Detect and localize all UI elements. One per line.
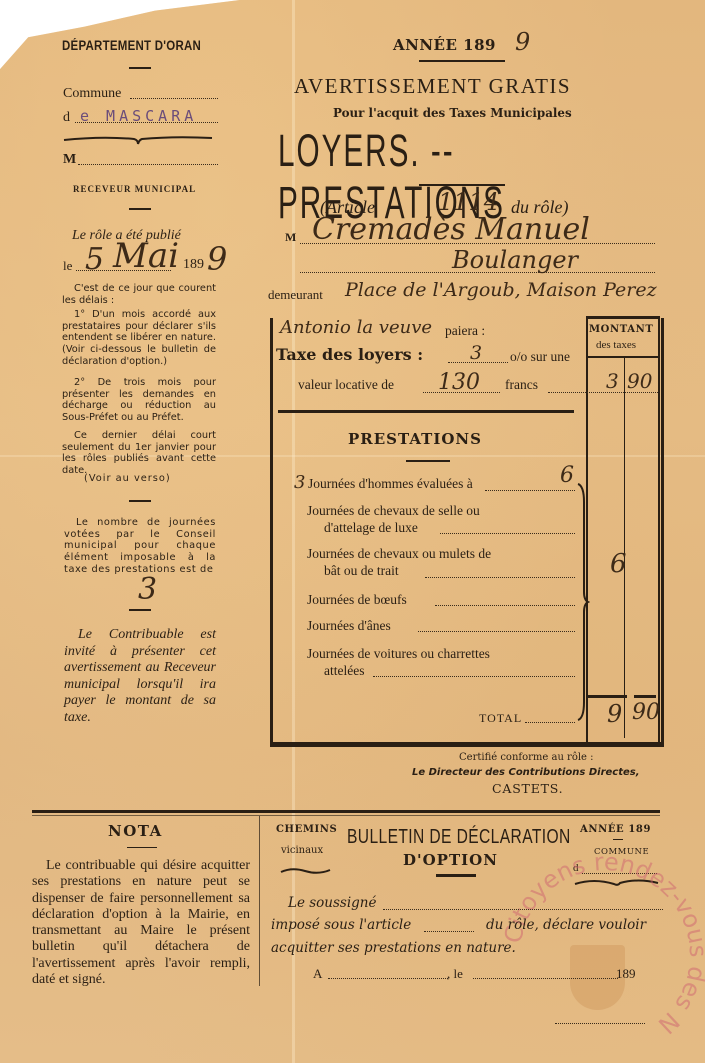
detach-rule: [32, 810, 660, 813]
loyers-amount-francs: 3: [606, 369, 619, 393]
vicinaux-label: vicinaux: [281, 845, 323, 856]
commune-line: [130, 98, 218, 99]
divider: [406, 460, 450, 462]
journees-text: Le nombre de journées votées par le Cons…: [64, 517, 216, 576]
date-line[interactable]: [473, 978, 618, 979]
address-handwritten: Place de l'Argoub, Maison Perez: [345, 279, 657, 301]
loyers-amount-centimes: 90: [627, 369, 652, 393]
total-rule-francs: [586, 695, 627, 698]
contribuable-notice: Le Contribuable est invité à présenter c…: [64, 627, 216, 726]
commune-prefix: d: [63, 110, 70, 126]
avertissement-subtitle: Pour l'acquit des Taxes Municipales: [333, 105, 572, 120]
row-3-dots: [435, 605, 575, 606]
total-centimes-handwritten: 90: [632, 700, 660, 725]
prestations-bracket: [576, 482, 590, 722]
divider: [419, 184, 505, 186]
brace-ornament: [62, 134, 214, 146]
montant-top-rule: [586, 316, 660, 319]
taxpayer-name-handwritten: Cremadès Manuel: [312, 212, 590, 247]
avertissement-title: AVERTISSEMENT GRATIS: [294, 74, 571, 99]
a-label: A: [313, 966, 322, 982]
francs-label: francs: [505, 377, 538, 393]
row-2-label-line2: bât ou de trait: [324, 563, 399, 579]
montant-header: MONTANT: [589, 324, 653, 335]
bulletin-annee-label: ANNÉE 189: [580, 824, 651, 835]
divider: [129, 67, 151, 69]
row-0-rate-handwritten: 6: [560, 463, 574, 488]
divider: [129, 208, 151, 210]
divider: [127, 847, 157, 848]
taxe-loyers-label: Taxe des loyers :: [276, 345, 423, 364]
profession-handwritten: Boulanger: [452, 246, 578, 274]
publish-day-handwritten: 5: [85, 242, 104, 277]
nota-body: Le contribuable qui désire acquitter ses…: [32, 858, 250, 988]
journees-value-handwritten: 3: [138, 572, 157, 607]
row-3-label: Journées de bœufs: [307, 592, 407, 608]
soussigne-line[interactable]: [383, 909, 663, 910]
total-francs-handwritten: 9: [607, 700, 622, 728]
taxe-rate-suffix: o/o sur une: [510, 349, 570, 365]
prestations-title: PRESTATIONS: [348, 430, 482, 448]
bulletin-title: BULLETIN DE DÉCLARATION: [347, 826, 571, 849]
centimes-separator: [624, 358, 625, 738]
total-label: TOTAL: [479, 711, 522, 726]
acquitter-text: acquitter ses prestations en nature.: [271, 940, 516, 956]
taxpayer-m-label: M: [285, 230, 296, 245]
demeurant-label: demeurant: [268, 287, 323, 303]
delai-note: Ce dernier délai court seulement du 1er …: [62, 430, 216, 477]
valeur-label: valeur locative de: [298, 377, 394, 393]
detach-rule-thin: [32, 815, 660, 816]
row-2-label-line1: Journées de chevaux ou mulets de: [307, 546, 491, 562]
m-label: M: [63, 152, 76, 168]
row-2-amount-handwritten: 6: [610, 549, 627, 579]
row-1-label-line2: d'attelage de luxe: [324, 520, 418, 536]
valeur-handwritten: 130: [438, 370, 480, 395]
article-line[interactable]: [424, 931, 474, 932]
total-dots: [525, 722, 575, 723]
row-4-dots: [418, 631, 575, 632]
montant-subheader: des taxes: [596, 339, 636, 351]
le-label: , le: [447, 966, 463, 982]
montant-header-rule: [588, 356, 658, 358]
bulletin-year: 189: [616, 966, 636, 982]
row-5-label-line1: Journées de voitures ou charrettes: [307, 646, 490, 662]
chemins-label: CHEMINS: [276, 824, 337, 835]
bulletin-subtitle: D'OPTION: [403, 851, 498, 869]
bulletin-separator: [259, 816, 260, 986]
signature-line[interactable]: [555, 1023, 645, 1024]
publish-year-printed: 189: [183, 257, 204, 273]
row-2-dots: [425, 577, 575, 578]
divider: [419, 60, 505, 62]
divider: [129, 609, 151, 611]
row-4-label: Journées d'ânes: [307, 618, 391, 634]
voir-verso: (Voir au verso): [84, 473, 171, 485]
delai-1: 1° D'un mois accordé aux prestataires po…: [62, 309, 216, 368]
department-heading: DÉPARTEMENT D'ORAN: [62, 38, 201, 53]
divider: [436, 874, 476, 877]
m-line: [78, 164, 218, 165]
certification-line1: Certifié conforme au rôle :: [459, 752, 594, 763]
row-0-label: Journées d'hommes évaluées à: [308, 476, 473, 492]
row-5-dots: [373, 676, 575, 677]
taxe-rate-handwritten: 3: [470, 342, 482, 364]
delai-2: 2° De trois mois pour présenter les dema…: [62, 377, 216, 424]
annee-label: ANNÉE 189: [393, 36, 496, 54]
publish-month-handwritten: Mai: [113, 236, 179, 276]
section-rule: [278, 410, 574, 413]
divider: [613, 839, 623, 840]
place-line[interactable]: [328, 978, 448, 979]
row-0-dots: [485, 490, 575, 491]
wave-ornament: [280, 867, 332, 875]
row-1-label-line1: Journées de chevaux de selle ou: [307, 503, 480, 519]
annee-year-handwritten: 9: [515, 28, 530, 56]
delais-intro: C'est de ce jour que courent les délais …: [62, 283, 216, 306]
row-5-label-line2: attelées: [324, 663, 364, 679]
impose-prefix: imposé sous l'article: [271, 917, 411, 933]
row-1-dots: [440, 533, 575, 534]
row-0-prefix-handwritten: 3: [294, 472, 305, 493]
certification-line2: Le Directeur des Contributions Directes,: [412, 767, 640, 778]
commune-label: Commune: [63, 86, 121, 102]
nota-title: NOTA: [108, 822, 163, 840]
divider: [129, 500, 151, 502]
receveur-label: RECEVEUR MUNICIPAL: [73, 184, 196, 194]
soussigne-label: Le soussigné: [288, 895, 377, 911]
total-rule-centimes: [634, 695, 656, 698]
commune-line-2: [75, 122, 218, 123]
director-signature: CASTETS.: [492, 781, 563, 796]
publish-year-handwritten: 9: [207, 240, 227, 278]
le-label: le: [63, 258, 72, 274]
impose-suffix: du rôle, déclare vouloir: [486, 917, 646, 933]
